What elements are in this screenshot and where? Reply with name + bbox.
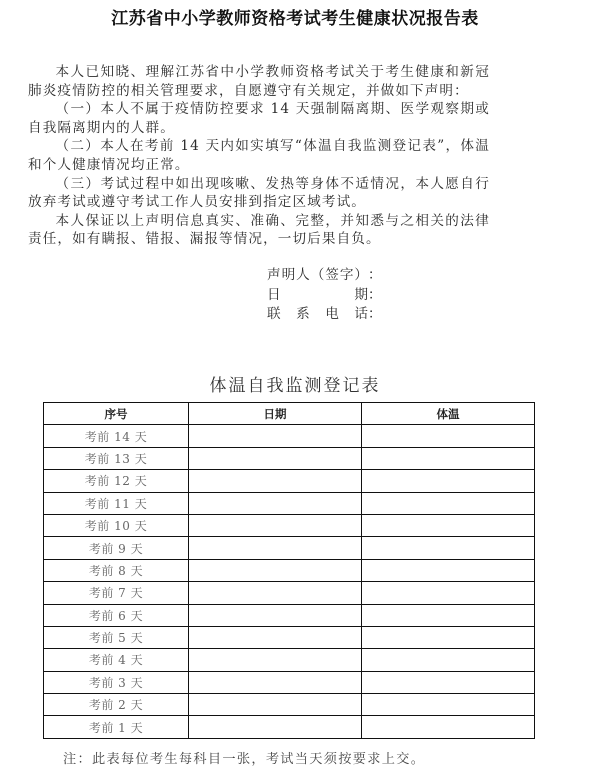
declaration-item-1: （一）本人不属于疫情防控要求 14 天强制隔离期、医学观察期或自我隔离期内的人群… <box>28 100 490 137</box>
declaration-item-3: （三）考试过程中如出现咳嗽、发热等身体不适情况，本人愿自行放弃考试或遵守考试工作… <box>28 175 490 212</box>
row-day: 考前 13 天 <box>44 447 189 469</box>
row-day: 考前 11 天 <box>44 492 189 514</box>
table-row: 考前 2 天 <box>44 694 535 716</box>
date-cell[interactable] <box>189 582 362 604</box>
signature-field-signer[interactable]: 声明人（签字）： <box>267 266 382 286</box>
date-cell[interactable] <box>189 425 362 447</box>
temperature-cell[interactable] <box>362 492 535 514</box>
document-title: 江苏省中小学教师资格考试考生健康状况报告表 <box>0 4 590 29</box>
table-row: 考前 9 天 <box>44 537 535 559</box>
date-cell[interactable] <box>189 559 362 581</box>
table-header-row: 序号 日期 体温 <box>44 403 535 425</box>
row-day: 考前 5 天 <box>44 626 189 648</box>
declaration-intro: 本人已知晓、理解江苏省中小学教师资格考试关于考生健康和新冠肺炎疫情防控的相关管理… <box>28 63 490 100</box>
row-day: 考前 14 天 <box>44 425 189 447</box>
header-sequence: 序号 <box>44 403 189 425</box>
temperature-cell[interactable] <box>362 559 535 581</box>
declaration-item-2: （二）本人在考前 14 天内如实填写“体温自我监测登记表”，体温和个人健康情况均… <box>28 137 490 174</box>
table-row: 考前 14 天 <box>44 425 535 447</box>
table-row: 考前 3 天 <box>44 671 535 693</box>
table-row: 考前 11 天 <box>44 492 535 514</box>
signature-field-phone[interactable]: 联系电话： <box>267 305 382 325</box>
date-cell[interactable] <box>189 671 362 693</box>
temperature-cell[interactable] <box>362 671 535 693</box>
row-day: 考前 8 天 <box>44 559 189 581</box>
row-day: 考前 3 天 <box>44 671 189 693</box>
table-row: 考前 12 天 <box>44 470 535 492</box>
declaration-body: 本人已知晓、理解江苏省中小学教师资格考试关于考生健康和新冠肺炎疫情防控的相关管理… <box>28 63 490 249</box>
date-label: 日期 <box>267 286 368 306</box>
date-cell[interactable] <box>189 604 362 626</box>
table-note: 注：此表每位考生每科目一张，考试当天须按要求上交。 <box>63 748 425 767</box>
table-row: 考前 8 天 <box>44 559 535 581</box>
row-day: 考前 7 天 <box>44 582 189 604</box>
date-cell[interactable] <box>189 492 362 514</box>
phone-label: 联系电话 <box>267 305 368 325</box>
signer-label: 声明人（签字） <box>267 266 368 286</box>
temperature-cell[interactable] <box>362 626 535 648</box>
temperature-cell[interactable] <box>362 537 535 559</box>
date-cell[interactable] <box>189 537 362 559</box>
table-row: 考前 13 天 <box>44 447 535 469</box>
row-day: 考前 10 天 <box>44 514 189 536</box>
table-row: 考前 5 天 <box>44 626 535 648</box>
date-cell[interactable] <box>189 447 362 469</box>
temperature-cell[interactable] <box>362 447 535 469</box>
temperature-cell[interactable] <box>362 649 535 671</box>
table-row: 考前 6 天 <box>44 604 535 626</box>
row-day: 考前 1 天 <box>44 716 189 738</box>
date-cell[interactable] <box>189 649 362 671</box>
temperature-cell[interactable] <box>362 694 535 716</box>
temperature-cell[interactable] <box>362 716 535 738</box>
declaration-guarantee: 本人保证以上声明信息真实、准确、完整，并知悉与之相关的法律责任，如有瞒报、错报、… <box>28 212 490 249</box>
temperature-log-table: 序号 日期 体温 考前 14 天 考前 13 天 考前 12 天 考前 11 天… <box>43 402 535 739</box>
log-table-title: 体温自我监测登记表 <box>0 371 590 396</box>
signature-block: 声明人（签字）： 日期： 联系电话： <box>267 266 382 325</box>
header-temperature: 体温 <box>362 403 535 425</box>
date-cell[interactable] <box>189 694 362 716</box>
table-row: 考前 4 天 <box>44 649 535 671</box>
row-day: 考前 4 天 <box>44 649 189 671</box>
row-day: 考前 6 天 <box>44 604 189 626</box>
temperature-cell[interactable] <box>362 604 535 626</box>
date-cell[interactable] <box>189 514 362 536</box>
row-day: 考前 9 天 <box>44 537 189 559</box>
temperature-cell[interactable] <box>362 514 535 536</box>
table-row: 考前 1 天 <box>44 716 535 738</box>
table-row: 考前 7 天 <box>44 582 535 604</box>
date-cell[interactable] <box>189 626 362 648</box>
date-cell[interactable] <box>189 716 362 738</box>
row-day: 考前 2 天 <box>44 694 189 716</box>
temperature-cell[interactable] <box>362 470 535 492</box>
date-cell[interactable] <box>189 470 362 492</box>
header-date: 日期 <box>189 403 362 425</box>
temperature-cell[interactable] <box>362 425 535 447</box>
temperature-cell[interactable] <box>362 582 535 604</box>
signature-field-date[interactable]: 日期： <box>267 286 382 306</box>
table-row: 考前 10 天 <box>44 514 535 536</box>
row-day: 考前 12 天 <box>44 470 189 492</box>
